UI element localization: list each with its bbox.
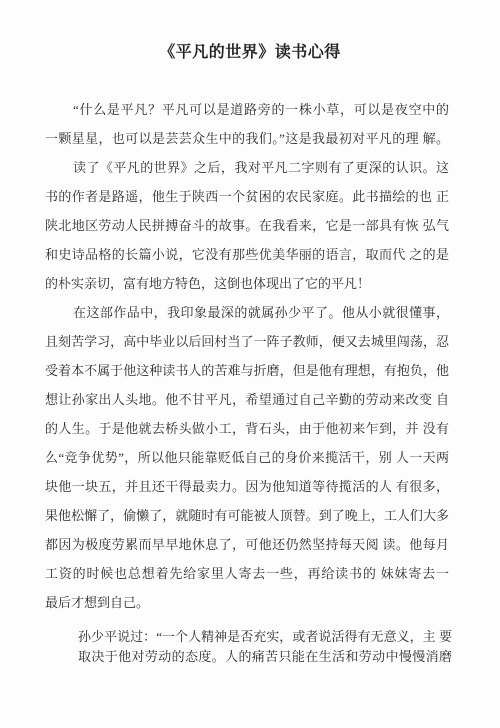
paragraph-3-line-5: 的人生。于是他就去桥头做小工，背石头，由于他初来乍到，并 没有什 xyxy=(45,414,449,443)
paragraph-2-line-2: 书的作者是路遥，他生于陕西一个贫困的农民家庭。此书描绘的也 正是 xyxy=(45,182,449,211)
paragraph-1-line-2: 一颗星星，也可以是芸芸众生中的我们。”这是我最初对平凡的理 解。 xyxy=(45,124,449,153)
paragraph-3-line-10: 工资的时候也总想着先给家里人寄去一些，再给读书的 妹妹寄去一些， xyxy=(45,559,449,588)
quote-line-1: 孙少平说过：“一个人精神是否充实，或者说活得有无意义，主 要 xyxy=(78,627,452,647)
paragraph-2-line-5: 的朴实亲切，富有地方特色，这倒也体现出了它的平凡！ xyxy=(45,269,449,298)
paragraph-3-line-6: 么“竞争优势”，所以他只能靠贬低自己的身价来揽活干，别 人一天两 xyxy=(45,443,449,472)
document-title: 《平凡的世界》读书心得 xyxy=(0,0,500,64)
quote-line-2: 取决于他对劳动的态度。人的痛苦只能在生活和劳动中慢慢消磨 掉。 xyxy=(78,647,452,667)
document-page: 《平凡的世界》读书心得 “什么是平凡？平凡可以是道路旁的一株小草，可以是夜空中的… xyxy=(0,0,500,728)
paragraph-3-line-11: 最后才想到自己。 xyxy=(45,588,449,617)
paragraph-3-line-7: 块他一块五，并且还干得最卖力。因为他知道等待揽活的人 有很多，如 xyxy=(45,472,449,501)
paragraph-2-line-4: 和史诗品格的长篇小说，它没有那些优美华丽的语言，取而代 之的是它 xyxy=(45,240,449,269)
quote-paragraph: 孙少平说过：“一个人精神是否充实，或者说活得有无意义，主 要 取决于他对劳动的态… xyxy=(78,627,452,667)
paragraph-2-line-1: 读了《平凡的世界》之后，我对平凡二字则有了更深的认识。这 本 xyxy=(45,153,449,182)
paragraph-1-line-1: “什么是平凡？平凡可以是道路旁的一株小草，可以是夜空中的 xyxy=(45,95,449,124)
paragraph-2-line-3: 陕北地区劳动人民拼搏奋斗的故事。在我看来，它是一部具有恢 弘气势 xyxy=(45,211,449,240)
paragraph-3-line-4: 想让孙家出人头地。他不甘平凡，希望通过自己辛勤的劳动来改变 自己 xyxy=(45,385,449,414)
paragraph-3-line-1: 在这部作品中，我印象最深的就属孙少平了。他从小就很懂事， 并 xyxy=(45,298,449,327)
paragraph-3-line-3: 受着本不属于他这种读书人的苦难与折磨，但是他有理想，有抱负，他 xyxy=(45,356,449,385)
paragraph-3-line-9: 都因为极度劳累而早早地休息了，可他还仍然坚持每天阅 读。他每月发 xyxy=(45,530,449,559)
paragraph-3-line-2: 且刻苦学习，高中毕业以后回村当了一阵子教师，便又去城里闯荡，忍 xyxy=(45,327,449,356)
document-body: “什么是平凡？平凡可以是道路旁的一株小草，可以是夜空中的 一颗星星，也可以是芸芸… xyxy=(45,95,449,617)
paragraph-3-line-8: 果他松懈了，偷懒了，就随时有可能被人顶替。到了晚上，工人们大多 xyxy=(45,501,449,530)
